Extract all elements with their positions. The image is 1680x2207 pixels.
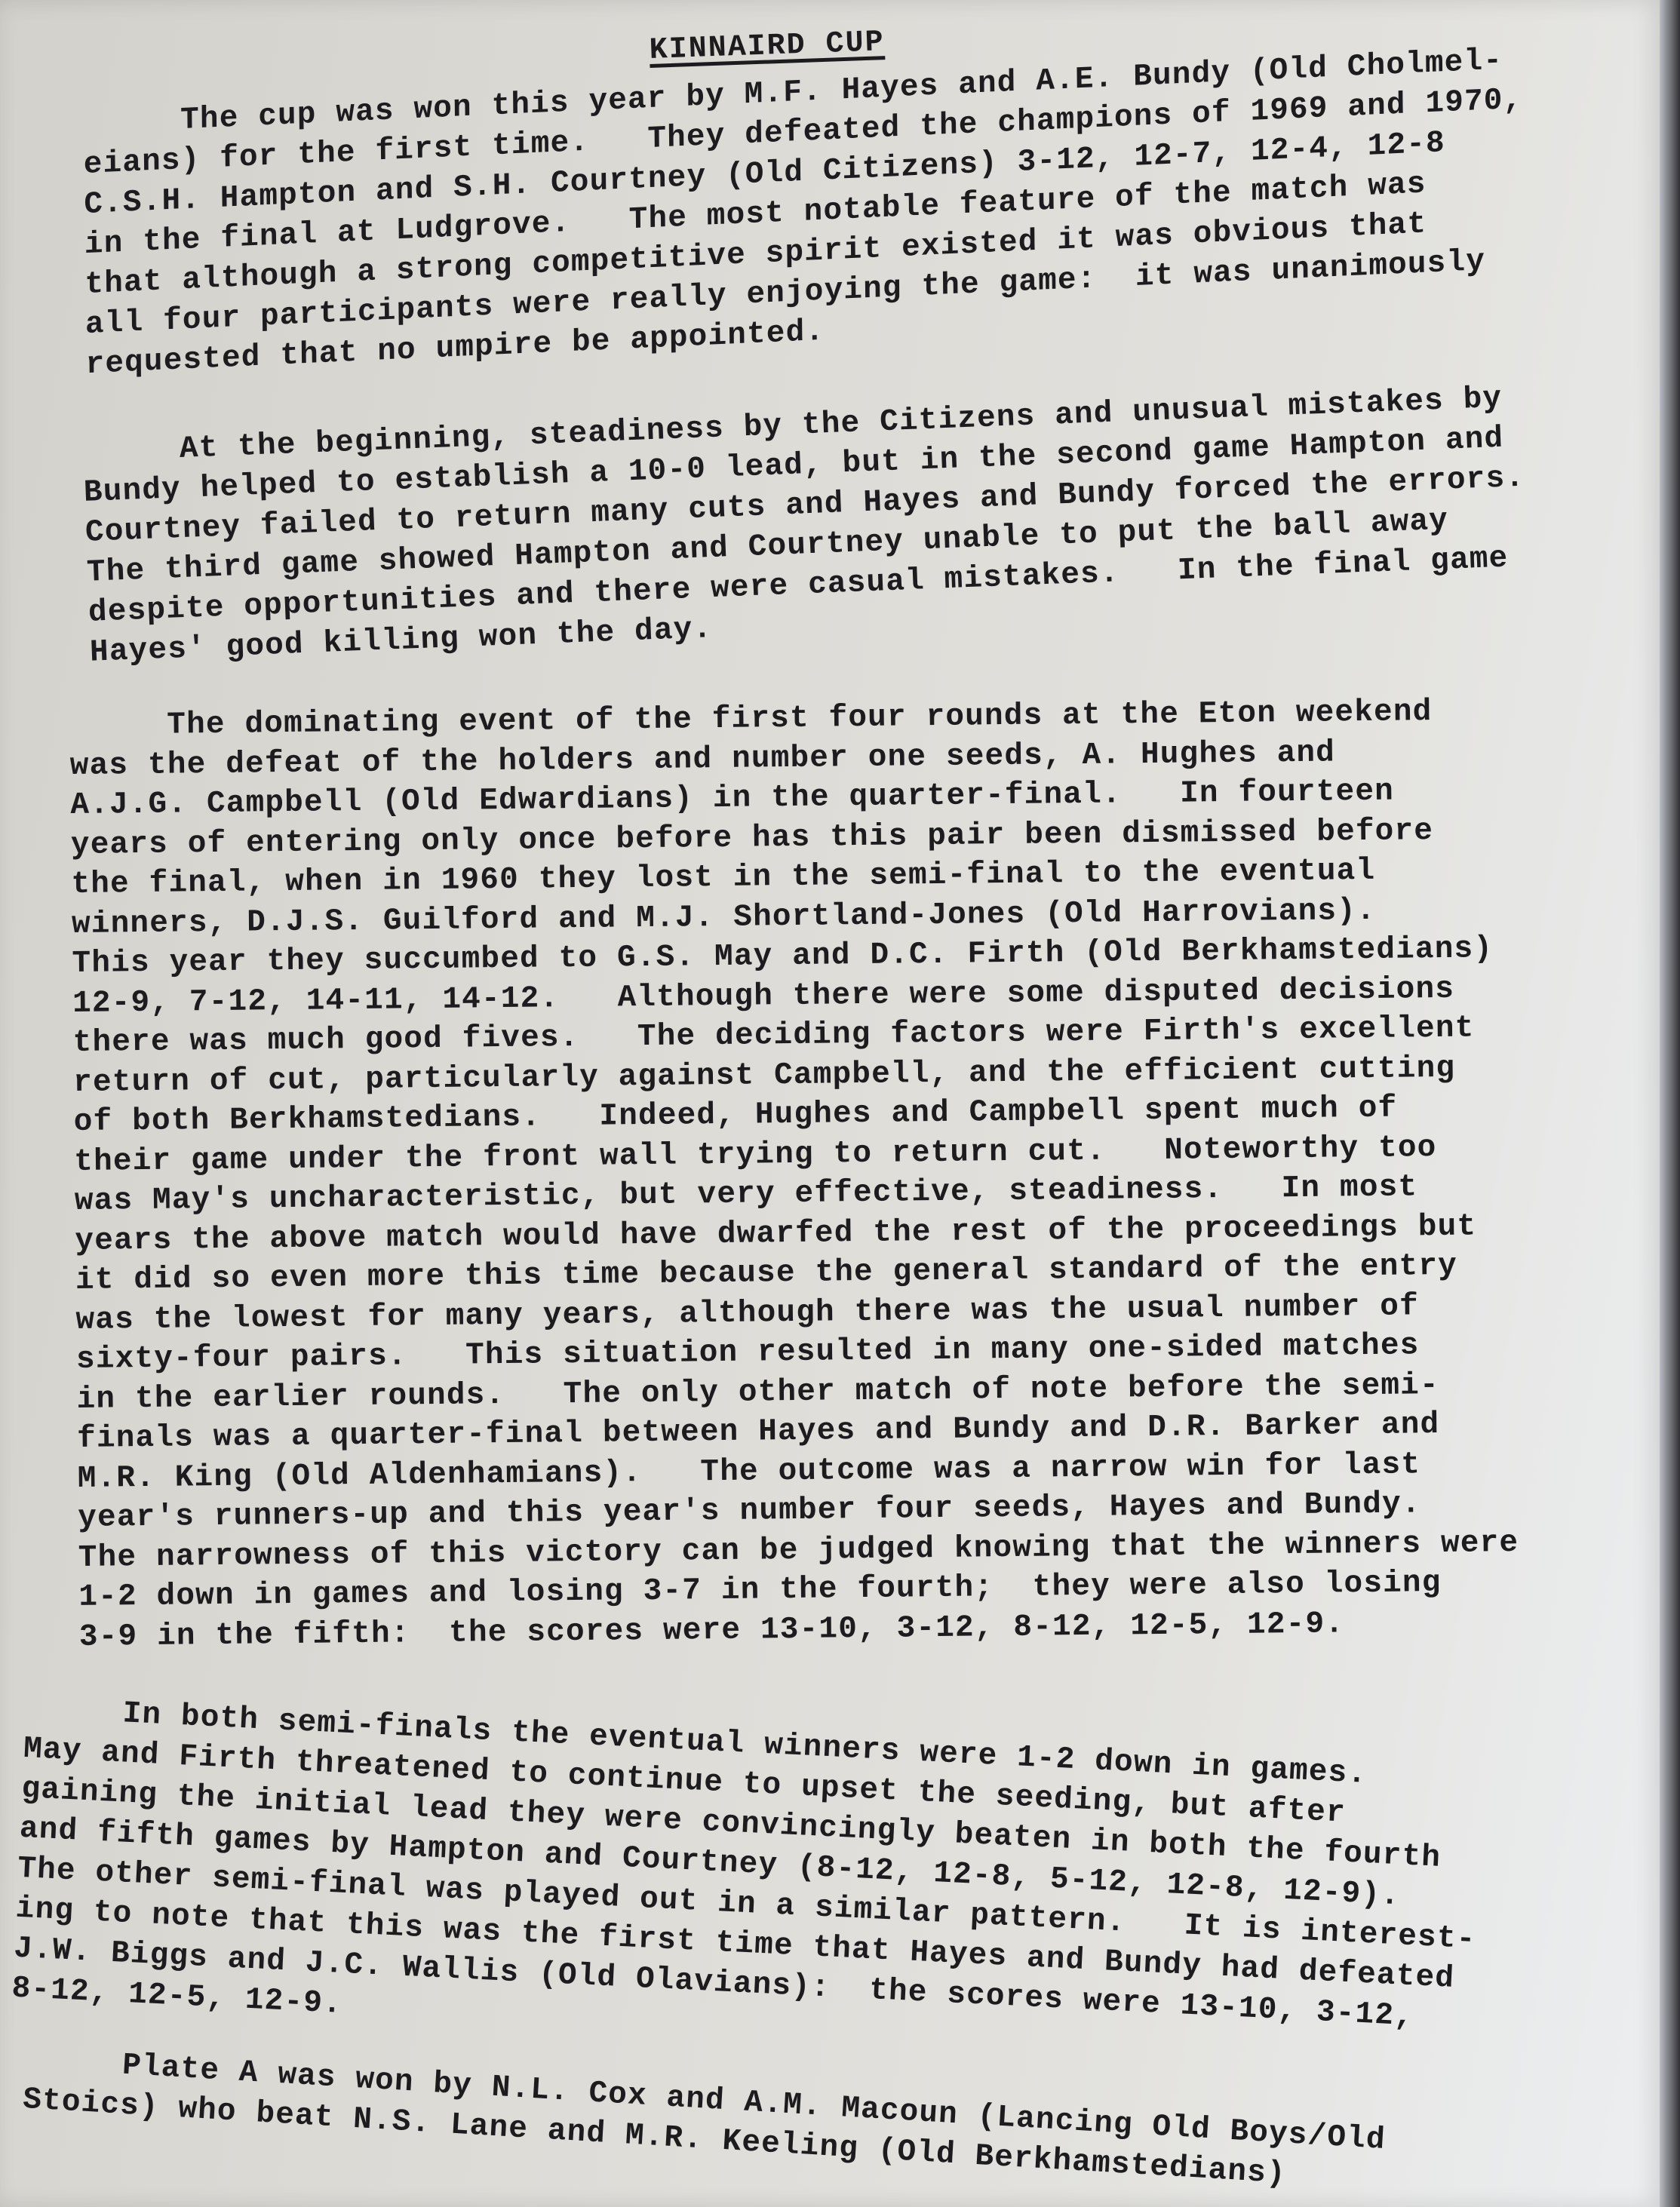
page-edge-shadow — [1660, 0, 1680, 2207]
paragraph-eton-weekend: The dominating event of the first four r… — [69, 692, 1520, 1657]
